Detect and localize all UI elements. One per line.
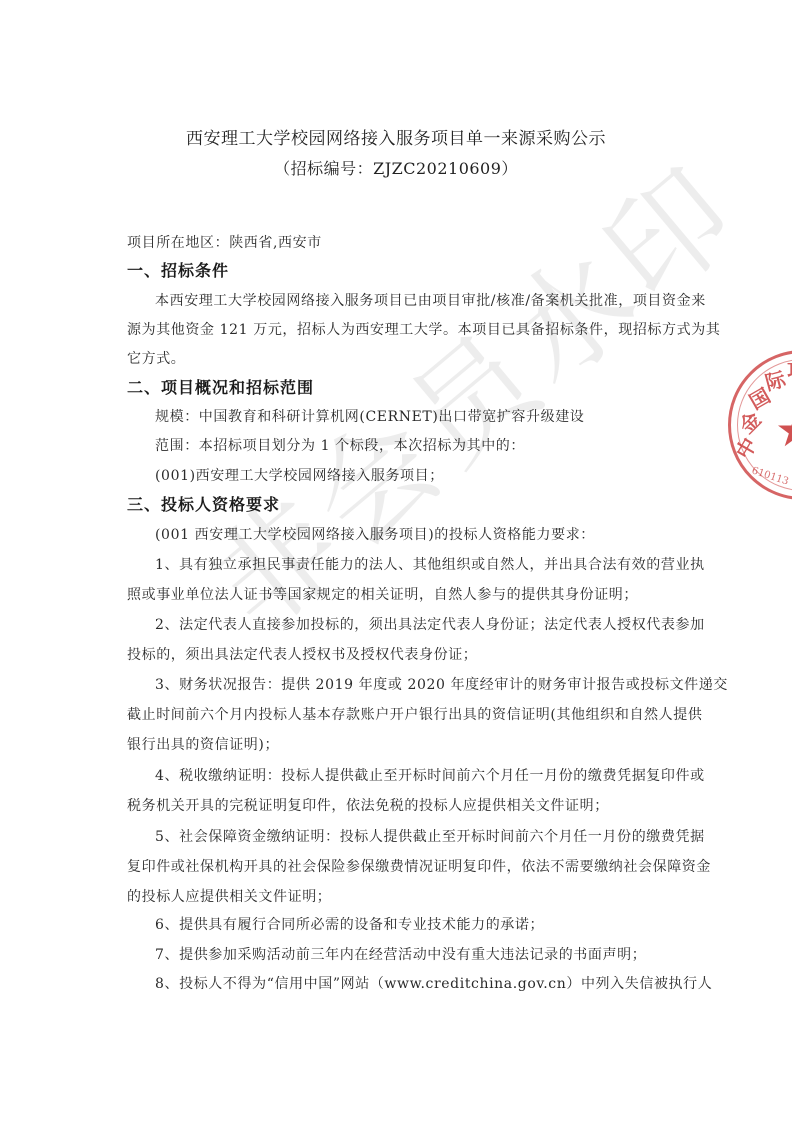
text-line: 投标的，须出具法定代表人授权书及授权代表身份证； bbox=[127, 644, 477, 664]
text-line: 本西安理工大学校园网络接入服务项目已由项目审批/核准/备案机关批准，项目资金来 bbox=[155, 290, 706, 310]
seal-text: 项 bbox=[787, 355, 792, 384]
section-heading-3: 三、投标人资格要求 bbox=[127, 492, 280, 515]
star-icon: ★ bbox=[775, 403, 792, 457]
text-line: 8、投标人不得为“信用中国”网站（www.creditchina.gov.cn）… bbox=[155, 973, 712, 993]
text-line: 源为其他资金 121 万元，招标人为西安理工大学。本项目已具备招标条件，现招标方… bbox=[127, 319, 720, 339]
section-heading-2: 二、项目概况和招标范围 bbox=[127, 375, 314, 398]
text-line: 它方式。 bbox=[127, 348, 185, 368]
text-line: 6、提供具有履行合同所必需的设备和专业技术能力的承诺； bbox=[155, 914, 544, 934]
text-line: 5、社会保障资金缴纳证明：投标人提供截止至开标时间前六个月任一月份的缴费凭据 bbox=[155, 826, 705, 846]
text-line: 截止时间前六个月内投标人基本存款账户开户银行出具的资信证明(其他组织和自然人提供 bbox=[127, 704, 702, 724]
text-line: 银行出具的资信证明)； bbox=[127, 734, 279, 754]
text-line: 的投标人应提供相关文件证明； bbox=[127, 886, 331, 906]
official-seal: 中 金 国 际 项 ★ 610113 bbox=[728, 350, 792, 500]
text-line: 3、财务状况报告：提供 2019 年度或 2020 年度经审计的财务审计报告或投… bbox=[155, 674, 728, 694]
document-title: 西安理工大学校园网络接入服务项目单一来源采购公示 bbox=[0, 124, 792, 149]
text-line: 2、法定代表人直接参加投标的，须出具法定代表人身份证；法定代表人授权代表参加 bbox=[155, 614, 705, 634]
text-line: 规模：中国教育和科研计算机网(CERNET)出口带宽扩容升级建设 bbox=[155, 406, 584, 426]
text-line: 1、具有独立承担民事责任能力的法人、其他组织或自然人，并出具合法有效的营业执 bbox=[155, 554, 705, 574]
text-line: 税务机关开具的完税证明复印件，依法免税的投标人应提供相关文件证明； bbox=[127, 795, 609, 815]
text-line: 范围：本招标项目划分为 1 个标段，本次招标为其中的： bbox=[155, 435, 525, 455]
text-line: (001)西安理工大学校园网络接入服务项目； bbox=[155, 465, 444, 485]
text-line: (001 西安理工大学校园网络接入服务项目)的投标人资格能力要求： bbox=[155, 524, 595, 544]
text-line: 照或事业单位法人证书等国家规定的相关证明，自然人参与的提供其身份证明； bbox=[127, 584, 638, 604]
section-heading-1: 一、招标条件 bbox=[127, 258, 229, 281]
text-line: 7、提供参加采购活动前三年内在经营活动中没有重大违法记录的书面声明； bbox=[155, 944, 646, 964]
bid-number: （招标编号：ZJZC20210609） bbox=[0, 156, 792, 179]
project-region: 项目所在地区：陕西省,西安市 bbox=[127, 232, 322, 252]
text-line: 4、税收缴纳证明：投标人提供截止至开标时间前六个月任一月份的缴费凭据复印件或 bbox=[155, 765, 705, 785]
text-line: 复印件或社保机构开具的社会保险参保缴费情况证明复印件，依法不需要缴纳社会保障资金 bbox=[127, 856, 711, 876]
document-page: 非会员水印 西安理工大学校园网络接入服务项目单一来源采购公示 （招标编号：ZJZ… bbox=[0, 0, 792, 1124]
